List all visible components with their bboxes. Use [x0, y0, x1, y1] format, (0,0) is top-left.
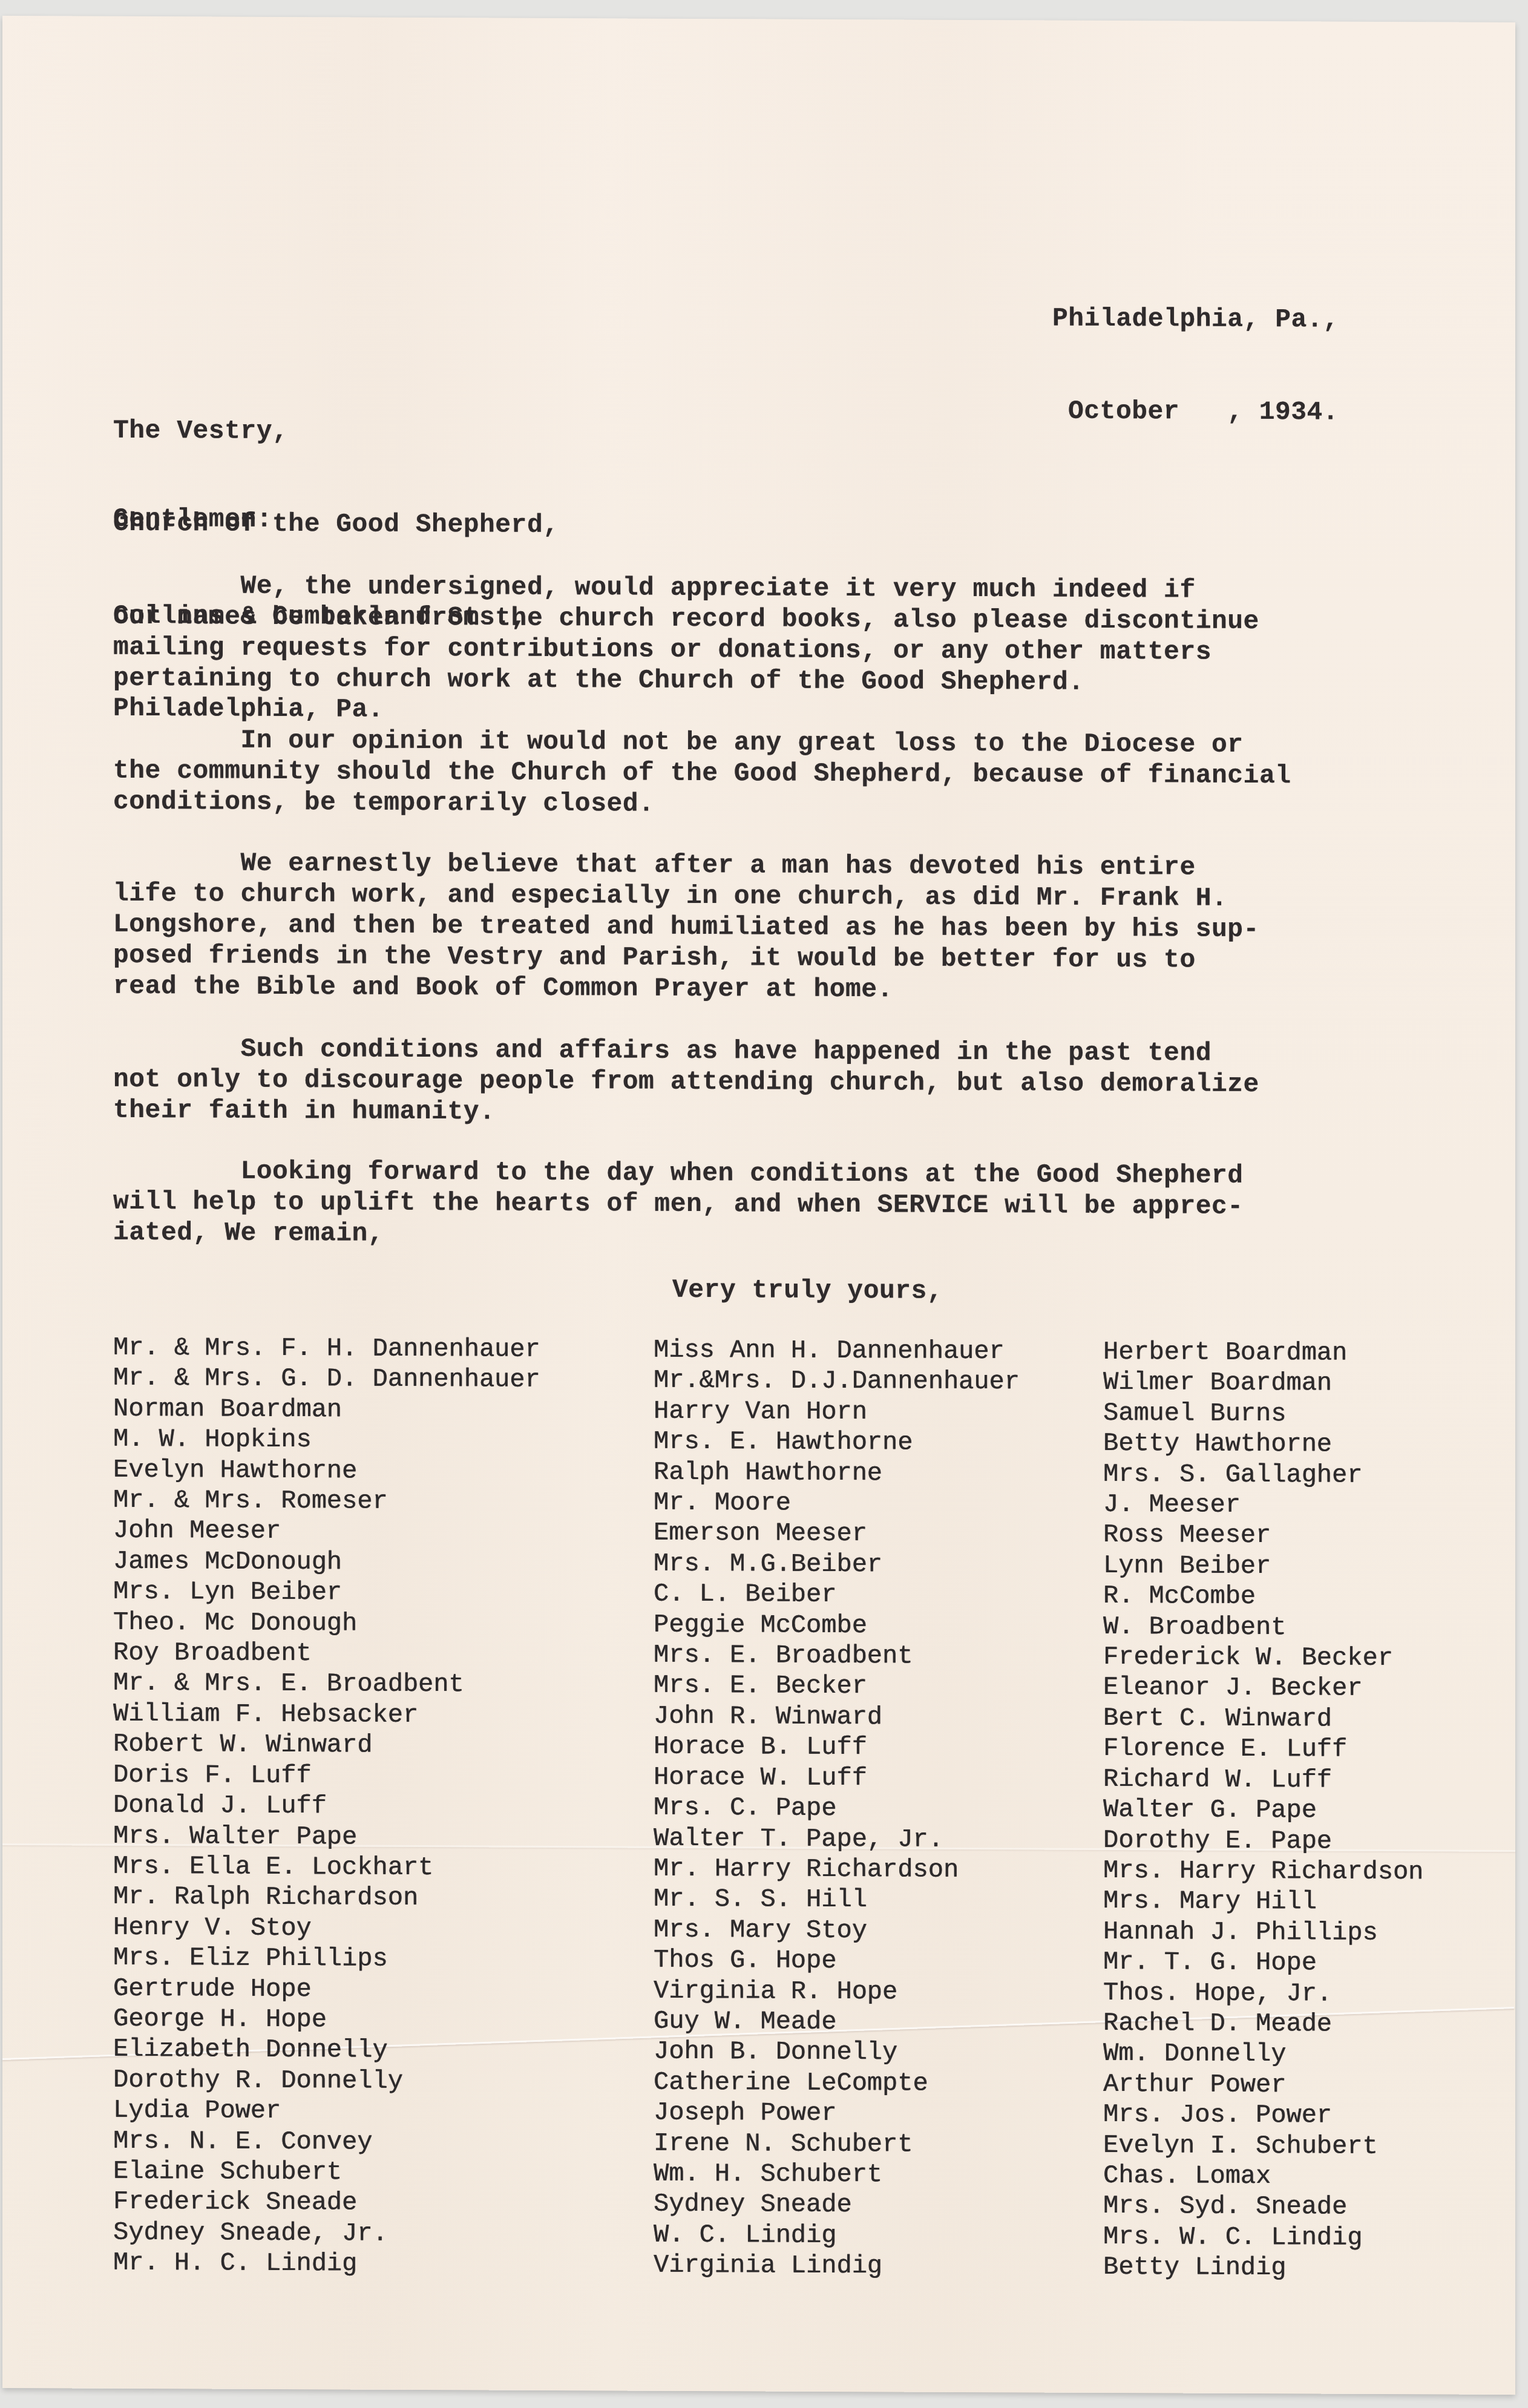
signatory-name: Arthur Power	[1103, 2069, 1528, 2102]
signatory-name: James McDonough	[113, 1546, 654, 1579]
signatory-name: Mrs. Harry Richardson	[1103, 1855, 1528, 1888]
signatory-name: Norman Boardman	[113, 1394, 654, 1426]
address-line: Philadelphia, Pa.	[113, 693, 559, 726]
signatory-name: Mrs. Walter Pape	[113, 1820, 654, 1853]
signatory-name: Mrs. Syd. Sneade	[1103, 2191, 1528, 2223]
signatory-name: Elaine Schubert	[113, 2156, 654, 2189]
signatory-name: M. W. Hopkins	[113, 1424, 654, 1457]
signatory-name: Bert C. Winward	[1103, 1703, 1528, 1736]
signatory-name: Mr. Ralph Richardson	[113, 1881, 654, 1914]
signatory-name: Mr. & Mrs. G. D. Dannenhauer	[113, 1363, 654, 1396]
signatory-name: Mr. & Mrs. F. H. Dannenhauer	[113, 1333, 654, 1365]
signatory-name: Mr. Moore	[654, 1488, 1103, 1520]
body-paragraph-4: Such conditions and affairs as have happ…	[113, 1033, 1444, 1132]
signatory-name: Miss Ann H. Dannenhauer	[654, 1335, 1103, 1368]
signatory-name: Richard W. Luff	[1103, 1764, 1528, 1797]
body-paragraph-3: We earnestly believe that after a man ha…	[113, 847, 1444, 1008]
signatory-name: William F. Hebsacker	[113, 1699, 654, 1731]
signatory-name: Chas. Lomax	[1103, 2160, 1528, 2193]
dateline-city: Philadelphia, Pa.,	[1052, 303, 1339, 335]
signatory-name: Lydia Power	[113, 2095, 654, 2128]
signatory-name: Walter G. Pape	[1103, 1794, 1528, 1827]
signatory-name: Eleanor J. Becker	[1103, 1672, 1528, 1705]
signatory-name: Mrs. W. C. Lindig	[1103, 2222, 1528, 2254]
signatory-name: Horace W. Luff	[654, 1762, 1103, 1794]
signatory-name: Harry Van Horn	[654, 1396, 1103, 1429]
signatory-name: Roy Broadbent	[113, 1638, 654, 1670]
signatory-name: Wm. H. Schubert	[654, 2159, 1103, 2191]
signatory-name: John R. Winward	[654, 1701, 1103, 1734]
signatory-name: Mr.&Mrs. D.J.Dannenhauer	[654, 1365, 1103, 1398]
signatory-name: Florence E. Luff	[1103, 1733, 1528, 1766]
signatory-name: Mrs. Mary Stoy	[654, 1914, 1103, 1947]
signatory-name: Mrs. E. Broadbent	[654, 1640, 1103, 1673]
signatory-name: Elizabeth Donnelly	[113, 2034, 654, 2067]
body-paragraph-1: We, the undersigned, would appreciate it…	[113, 570, 1444, 700]
signatory-name: George H. Hope	[113, 2004, 654, 2036]
signatory-name: Mr. S. S. Hill	[654, 1884, 1103, 1917]
signatory-name: Betty Lindig	[1103, 2252, 1528, 2285]
signatory-name: Mrs. Jos. Power	[1103, 2099, 1528, 2132]
signatory-name: Wm. Donnelly	[1103, 2038, 1528, 2071]
signatory-name: Mrs. M.G.Beiber	[654, 1549, 1103, 1581]
signatory-name: Robert W. Winward	[113, 1729, 654, 1762]
signatory-name: Evelyn Hawthorne	[113, 1454, 654, 1487]
signatory-name: Emerson Meeser	[654, 1518, 1103, 1550]
signatory-name: J. Meeser	[1103, 1489, 1528, 1522]
signatory-name: Henry V. Stoy	[113, 1912, 654, 1945]
paragraph-line: read the Bible and Book of Common Prayer…	[113, 971, 1444, 1008]
signatory-name: Sydney Sneade	[654, 2189, 1103, 2222]
signatory-name: John B. Donnelly	[654, 2036, 1103, 2069]
signatory-name: R. McCombe	[1103, 1581, 1528, 1613]
signatory-name: Mr. T. G. Hope	[1103, 1947, 1528, 1980]
signatory-name: Virginia Lindig	[654, 2250, 1103, 2283]
signatory-name: Mrs. E. Hawthorne	[654, 1426, 1103, 1459]
signatory-name: Mrs. Lyn Beiber	[113, 1576, 654, 1609]
signatory-name: Mr. H. C. Lindig	[113, 2248, 654, 2280]
signatory-name: Mr. & Mrs. E. Broadbent	[113, 1668, 654, 1701]
signatory-name: Doris F. Luff	[113, 1759, 654, 1792]
signatory-name: Lynn Beiber	[1103, 1550, 1528, 1583]
signatory-name: Peggie McCombe	[654, 1609, 1103, 1642]
signatory-name: Mr. & Mrs. Romeser	[113, 1485, 654, 1518]
signatory-name: Horace B. Luff	[654, 1731, 1103, 1764]
signatory-name: Rachel D. Meade	[1103, 2008, 1528, 2041]
signatory-name: Joseph Power	[654, 2098, 1103, 2130]
signatory-name: Herbert Boardman	[1103, 1337, 1528, 1370]
signatory-name: Donald J. Luff	[113, 1790, 654, 1823]
signatory-name: Samuel Burns	[1103, 1398, 1528, 1431]
signatory-name: Virginia R. Hope	[654, 1975, 1103, 2008]
signatory-name: Dorothy R. Donnelly	[113, 2065, 654, 2098]
signatory-name: Frederick W. Becker	[1103, 1642, 1528, 1675]
paragraph-line: their faith in humanity.	[113, 1095, 1444, 1132]
signatory-name: Ralph Hawthorne	[654, 1457, 1103, 1489]
signatory-name: Mrs. N. E. Convey	[113, 2125, 654, 2158]
signatory-name: Thos G. Hope	[654, 1945, 1103, 1978]
signatory-name: Irene N. Schubert	[654, 2128, 1103, 2160]
signatory-name: Mrs. Ella E. Lockhart	[113, 1851, 654, 1884]
signatory-name: Theo. Mc Donough	[113, 1607, 654, 1639]
signatory-name: Sydney Sneade, Jr.	[113, 2217, 654, 2250]
address-line: The Vestry,	[113, 415, 559, 448]
dateline: Philadelphia, Pa., October , 1934.	[1052, 241, 1339, 490]
paragraph-line: conditions, be temporarily closed.	[113, 786, 1444, 823]
signatory-name: Thos. Hope, Jr.	[1103, 1977, 1528, 2010]
signatory-name: W. C. Lindig	[654, 2219, 1103, 2252]
paragraph-line: iated, We remain,	[113, 1217, 1444, 1254]
body-paragraph-2: In our opinion it would not be any great…	[113, 724, 1444, 823]
signatory-name: Mrs. S. Gallagher	[1103, 1459, 1528, 1492]
signatory-name: Gertrude Hope	[113, 1973, 654, 2006]
signatory-name: C. L. Beiber	[654, 1579, 1103, 1612]
body-paragraph-5: Looking forward to the day when conditio…	[113, 1155, 1444, 1254]
signatory-name: Mr. Harry Richardson	[654, 1854, 1103, 1886]
salutation: Gentlemen:	[113, 504, 272, 535]
signatory-name: Wilmer Boardman	[1103, 1367, 1528, 1400]
signatory-name: Dorothy E. Pape	[1103, 1825, 1528, 1857]
signatory-name: Evelyn I. Schubert	[1103, 2130, 1528, 2162]
letter-page: Philadelphia, Pa., October , 1934. The V…	[2, 16, 1515, 2395]
signatory-name: Betty Hawthorne	[1103, 1428, 1528, 1461]
complimentary-close: Very truly yours,	[672, 1275, 943, 1307]
signatory-name: Walter T. Pape, Jr.	[654, 1823, 1103, 1855]
signatory-name: John Meeser	[113, 1515, 654, 1548]
signatory-name: Mrs. Eliz Phillips	[113, 1943, 654, 1975]
signatory-name: Ross Meeser	[1103, 1520, 1528, 1552]
signatory-name: W. Broadbent	[1103, 1612, 1528, 1644]
signatory-name: Mrs. C. Pape	[654, 1793, 1103, 1825]
signatory-list: Mr. & Mrs. F. H. DannenhauerMiss Ann H. …	[113, 1333, 1528, 2285]
signatory-name: Catherine LeCompte	[654, 2067, 1103, 2099]
signatory-name: Mrs. Mary Hill	[1103, 1886, 1528, 1918]
paragraph-line: pertaining to church work at the Church …	[113, 663, 1444, 700]
signatory-name: Mrs. E. Becker	[654, 1670, 1103, 1703]
signatory-name: Hannah J. Phillips	[1103, 1917, 1528, 1949]
signatory-name: Guy W. Meade	[654, 2006, 1103, 2039]
dateline-date: October , 1934.	[1052, 396, 1339, 428]
signatory-name: Frederick Sneade	[113, 2187, 654, 2219]
